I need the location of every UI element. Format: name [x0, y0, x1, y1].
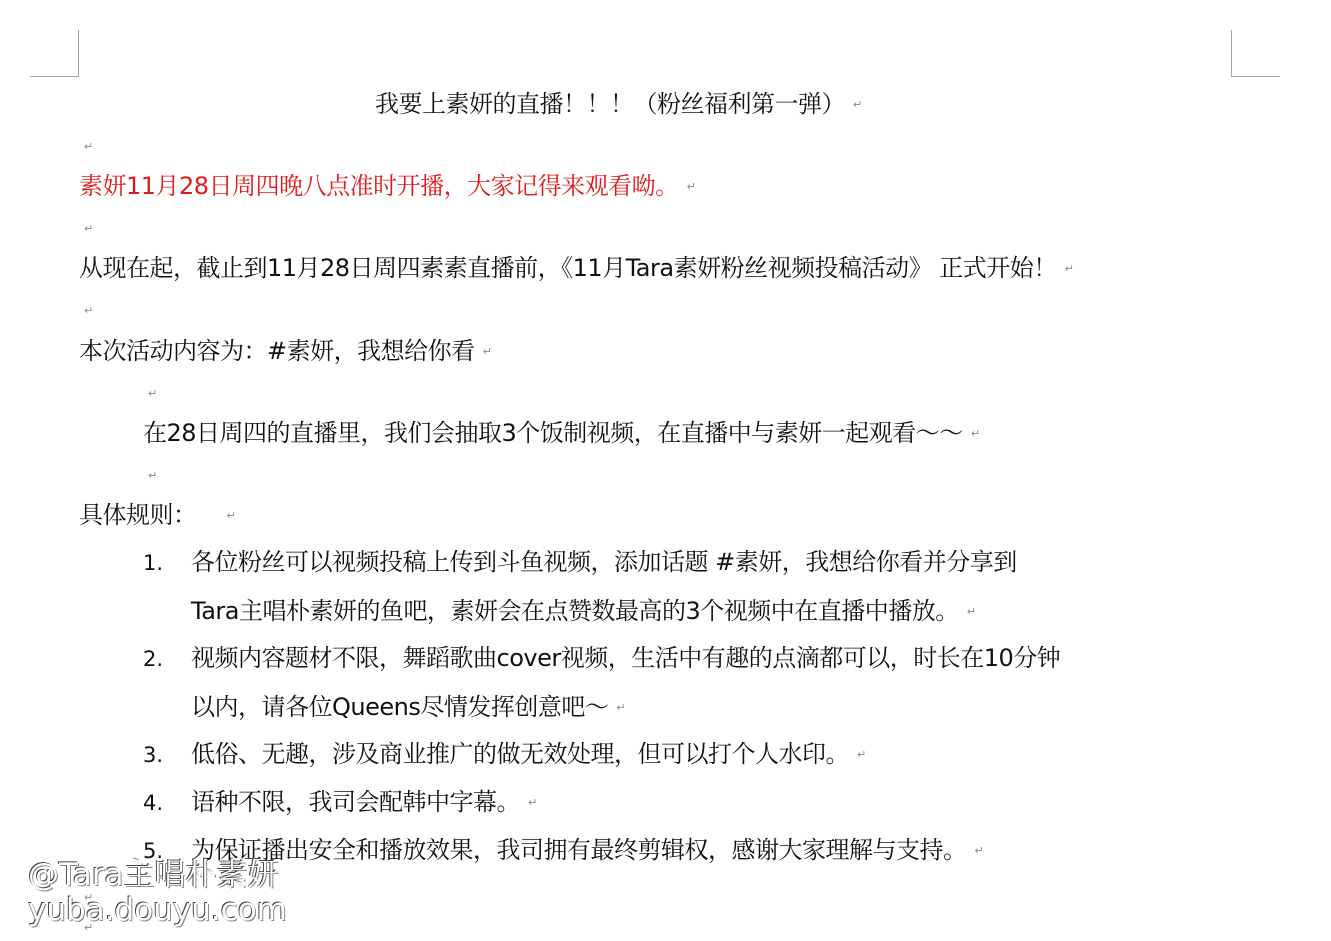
rule-text: 低俗、无趣，涉及商业推广的做无效处理，但可以打个人水印。	[191, 740, 849, 768]
list-item-line: 以内，请各位Queens尽情发挥创意吧～↵	[191, 692, 625, 723]
paragraph-mark-icon: ↵	[853, 98, 862, 111]
paragraph-mark-icon: ↵	[857, 748, 866, 761]
paragraph-mark-icon: ↵	[971, 427, 980, 440]
paragraph-mark-icon: ↵	[975, 844, 984, 857]
list-number: 4.	[143, 788, 163, 818]
rules-heading-text: 具体规则：	[79, 501, 197, 529]
activity-detail-text: 在28日周四的直播里，我们会抽取3个饭制视频，在直播中与素妍一起观看～～	[143, 419, 963, 447]
page-margin-corner-top-left	[30, 30, 79, 77]
list-item-line: 各位粉丝可以视频投稿上传到斗鱼视频，添加话题 #素妍，我想给你看并分享到	[191, 547, 1017, 577]
paragraph-mark-icon: ↵	[687, 180, 696, 193]
rule-text: 各位粉丝可以视频投稿上传到斗鱼视频，添加话题 #素妍，我想给你看并分享到	[191, 548, 1017, 576]
page-margin-corner-top-right	[1231, 30, 1280, 77]
list-item-line: 视频内容题材不限，舞蹈歌曲cover视频，生活中有趣的点滴都可以，时长在10分钟	[191, 643, 1060, 673]
rule-text: 语种不限，我司会配韩中字幕。	[191, 788, 520, 816]
announcement-text: 素妍11月28日周四晚八点准时开播，大家记得来观看呦。	[79, 172, 679, 200]
list-item-line: Tara主唱朴素妍的鱼吧，素妍会在点赞数最高的3个视频中在直播中播放。↵	[191, 596, 975, 627]
paragraph-mark-icon: ↵	[84, 140, 93, 153]
watermark-username: @Tara主唱朴素妍	[28, 857, 279, 893]
paragraph-mark-icon: ↵	[148, 469, 157, 482]
paragraph-mark-icon: ↵	[528, 796, 537, 809]
activity-detail-paragraph: 在28日周四的直播里，我们会抽取3个饭制视频，在直播中与素妍一起观看～～↵	[143, 418, 980, 449]
paragraph-mark-icon: ↵	[616, 701, 625, 714]
rule-text: 视频内容题材不限，舞蹈歌曲cover视频，生活中有趣的点滴都可以，时长在10分钟	[191, 644, 1060, 672]
announcement-paragraph: 素妍11月28日周四晚八点准时开播，大家记得来观看呦。↵	[79, 171, 695, 202]
document-title: 我要上素妍的直播！！！（粉丝福利第一弹）↵	[375, 89, 862, 120]
list-item-line: 为保证播出安全和播放效果，我司拥有最终剪辑权，感谢大家理解与支持。↵	[191, 835, 983, 866]
paragraph-mark-icon: ↵	[483, 345, 492, 358]
rule-text: Tara主唱朴素妍的鱼吧，素妍会在点赞数最高的3个视频中在直播中播放。	[191, 597, 959, 625]
paragraph-mark-icon: ↵	[967, 605, 976, 618]
paragraph-mark-icon: ↵	[84, 304, 93, 317]
list-number: 3.	[143, 740, 163, 770]
paragraph-mark-icon: ↵	[227, 509, 236, 522]
paragraph-mark-icon: ↵	[1065, 262, 1074, 275]
list-number: 2.	[143, 644, 163, 674]
watermark-site: yuba.douyu.com	[28, 892, 287, 928]
rules-heading: 具体规则：↵	[79, 500, 235, 531]
paragraph-mark-icon: ↵	[148, 387, 157, 400]
paragraph-mark-icon: ↵	[84, 222, 93, 235]
intro-paragraph: 从现在起，截止到11月28日周四素素直播前，《11月Tara素妍粉丝视频投稿活动…	[79, 253, 1073, 284]
list-item-line: 低俗、无趣，涉及商业推广的做无效处理，但可以打个人水印。↵	[191, 739, 866, 770]
intro-text: 从现在起，截止到11月28日周四素素直播前，《11月Tara素妍粉丝视频投稿活动…	[79, 254, 1057, 282]
activity-label-text: 本次活动内容为：#素妍，我想给你看	[79, 337, 475, 365]
list-item-line: 语种不限，我司会配韩中字幕。↵	[191, 787, 537, 818]
rule-text: 为保证播出安全和播放效果，我司拥有最终剪辑权，感谢大家理解与支持。	[191, 836, 967, 864]
document-title-text: 我要上素妍的直播！！！（粉丝福利第一弹）	[375, 90, 845, 118]
activity-label-paragraph: 本次活动内容为：#素妍，我想给你看↵	[79, 336, 491, 367]
list-number: 1.	[143, 548, 163, 578]
rule-text: 以内，请各位Queens尽情发挥创意吧～	[191, 693, 608, 721]
